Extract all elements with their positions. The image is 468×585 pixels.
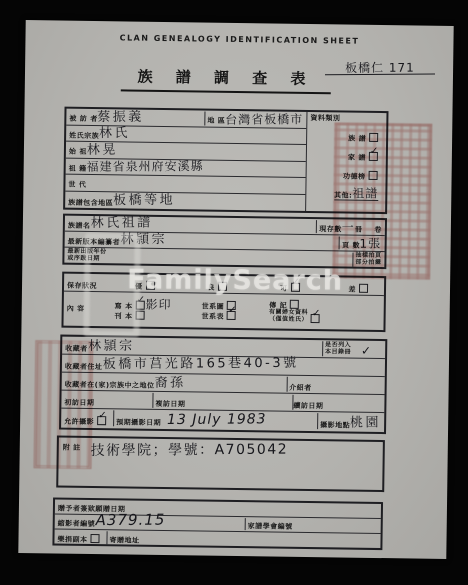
filming-permitted-label: 允許攝影 [64,418,94,426]
condition-fair: 可 ✓ [280,283,301,293]
category-clan-genealogy: 族 譜 [348,133,379,143]
content-women-data: 有關婦女資料 （僅值姓氏） ✓ [269,310,321,325]
pages-label: 頁 數 [342,241,360,249]
first-visit-label: 初訪日期 [64,399,94,407]
checkbox-donated-copy [90,534,99,543]
filming-place-value: 桃園 [350,416,381,429]
content-option-label: 寫 本 [115,302,133,310]
section-filming-admin: 贈予者簽欵願贈日期 縮影者編號 A379.15 家譜學會編號 樂捐副本 寄贈地址 [52,497,383,550]
checkbox-clan-genealogy [369,133,378,142]
filming-permitted: 允許攝影 ✓ [64,416,107,427]
category-other: 其他: 祖譜 [334,187,379,201]
checkbox-lineage-table: ✓ [227,311,236,320]
form-reference-number: 板橋仁 171 [325,61,435,75]
category-other-label: 其他: [334,191,352,199]
condition-option-label: 可 [280,285,288,293]
cell-divider [316,220,317,233]
content-lineage-table: 世系表 ✓ [201,311,237,321]
form-chinese-title: 族 譜 調 查 表 [121,65,331,94]
condition-label: 保存狀況 [67,282,97,290]
region-value: 板橋等地 [113,194,175,207]
extant-count-label: 現存數 [319,225,342,233]
origin-value: 福建省泉州府安溪縣 [86,160,203,173]
category-option-label: 家 譜 [348,154,366,162]
section-interviewee-info: 被 訪 者 蔡振義 地 區 台灣省板橋市 姓氏宗族 林氏 始 祖 林晃 [63,107,388,215]
partial-filming-label: 部分拍攝 [355,260,381,267]
condition-good: 良 [207,282,228,292]
cell-divider [352,253,353,267]
category-option-label: 族 譜 [348,135,366,143]
listed-checkmark: ✓ [361,345,372,357]
area-value: 台灣省板橋市 [225,113,303,126]
content-label: 內 容 [67,305,85,313]
checkmark: ✓ [312,308,321,319]
preface-date-label: 或序跋日期 [67,256,106,263]
row-donated-copy: 樂捐副本 寄贈地址 [54,529,380,549]
generations-label: 世 代 [68,181,86,189]
cell-divider [245,518,246,530]
cell-divider [106,531,107,544]
listed-sublabel: 本目錄冊 [325,349,351,356]
checkbox-family-genealogy: ✓ [369,152,378,161]
checkbox-fair: ✓ [290,283,299,292]
section-condition-content: 保存狀況 優 良 可 ✓ 差 內 容 [61,272,386,333]
area-label: 地 區 [207,117,225,125]
cell-divider [339,236,340,249]
row-publication-year: 最新出版年份 或序跋日期 抽樣拍頁 部分拍攝 [64,248,384,268]
donated-copy-label: 樂捐副本 [57,535,87,543]
condition-option-label: 優 [135,283,143,291]
checkbox-merit-board [369,171,378,180]
mailing-address-label: 寄贈地址 [109,536,139,544]
surname-label: 姓氏宗族 [69,132,99,140]
cell-divider [113,410,114,426]
section-holder-filming: 收藏者 林頴宗 是否列入 本目錄冊 ✓ 收藏者住址 板橋市莒光路165巷40-3… [59,335,387,435]
cell-divider [322,341,323,356]
row-content: 內 容 寫 本 ✓ 影印 刊 本 世系圖 [63,292,383,330]
film-number-value: A379.15 [95,513,165,528]
cell-divider [286,377,287,392]
checkbox-poor [359,284,368,293]
checkbox-filming-permitted: ✓ [97,416,106,425]
compiler-value: 林頴宗 [120,233,167,246]
section-remarks: 附 註 技術學院；學號：A705042 [56,436,385,493]
filming-place-label: 攝影地點 [320,421,350,429]
founder-value: 林晃 [87,143,118,156]
introducer-label: 介紹者 [289,384,312,392]
checkmark: ✓ [370,146,379,157]
interviewee-label: 被 訪 者 [69,115,97,123]
checkbox-printed [135,311,144,320]
holder-address-label: 收藏者住址 [65,363,103,372]
remarks-label: 附 註 [63,444,81,452]
genealogy-survey-form-paper: CLAN GENEALOGY IDENTIFICATION SHEET 族 譜 … [18,20,453,559]
interviewee-value: 蔡振義 [98,110,145,123]
holder-value: 林頴宗 [88,340,135,353]
genealogy-name-value: 林氏祖譜 [90,217,152,230]
scan-photo-background: CLAN GENEALOGY IDENTIFICATION SHEET 族 譜 … [0,0,468,585]
founder-label: 始 祖 [69,148,87,156]
checkbox-biography [290,300,299,309]
cell-divider [204,112,205,126]
expected-filming-date-value: 13 July 1983 [167,412,267,427]
clan-position-label: 收藏者在(家)宗族中之地位 [65,381,155,390]
origin-label: 祖 籍 [69,165,87,173]
genealogy-name-label: 族譜名 [68,222,91,230]
category-family-genealogy: 家 譜 ✓ [348,152,379,162]
condition-option-label: 差 [348,286,356,294]
checkbox-manuscript: ✓ [136,301,145,310]
checkmark: ✓ [98,410,107,421]
women-data-sublabel: （僅值姓氏） [269,316,308,323]
material-category-cell: 資料類別 族 譜 家 譜 ✓ 功德榜 [305,112,386,212]
cell-divider [317,413,318,429]
form-english-title: CLAN GENEALOGY IDENTIFICATION SHEET [25,32,453,47]
content-option-label: 刊 本 [114,312,132,320]
category-label: 資料類別 [310,114,383,123]
surname-value: 林氏 [99,127,130,140]
compiler-label: 最新版本編纂者 [68,238,121,247]
content-option-label: 世系表 [201,312,224,320]
clan-position-value: 裔孫 [154,377,185,390]
follow-up-visit-label: 續訪日期 [293,402,381,411]
category-merit-board: 功德榜 [343,171,379,181]
row-filming: 允許攝影 ✓ 預期攝影日期 13 July 1983 攝影地點 桃園 [61,409,384,432]
society-number-label: 家譜學會編號 [248,522,378,532]
holder-address-value: 板橋市莒光路165巷40-3號 [102,357,298,371]
section-genealogy-volume: 族譜名 林氏祖譜 現存數 一 冊 卷 最新版本編纂者 林頴宗 頁 數 1張 最新… [62,214,387,270]
checkmark: ✓ [137,295,146,306]
unit-scroll-label: 卷 [374,226,382,234]
checkmark: ✓ [228,305,237,316]
checkbox-good [218,282,227,291]
content-printed: 刊 本 [114,310,171,321]
checkbox-women-data: ✓ [311,314,320,323]
film-number-label: 縮影者編號 [58,519,96,528]
checkmark: ✓ [292,277,301,288]
pages-value: 1張 [360,238,382,250]
category-option-label: 功德榜 [343,173,366,181]
manuscript-note-value: 影印 [145,299,171,311]
content-manuscript: 寫 本 ✓ 影印 [115,298,172,311]
second-visit-label: 複訪日期 [155,400,185,408]
region-label: 族譜包含地區 [68,199,113,208]
remarks-value: 技術學院；學號：A705042 [90,443,288,458]
extant-count-value: 一 [342,221,355,233]
checkbox-excellent [145,281,154,290]
donated-copy: 樂捐副本 [57,534,100,545]
holder-label: 收藏者 [65,345,88,353]
unit-volume-label: 冊 [355,226,363,234]
category-other-value: 祖譜 [352,188,378,200]
condition-excellent: 優 [135,281,156,291]
expected-filming-date-label: 預期攝影日期 [116,418,161,427]
condition-option-label: 良 [207,284,215,292]
cell-divider [152,393,153,408]
row-covered-region: 族譜包含地區 板橋等地 [65,191,305,211]
condition-poor: 差 [348,284,369,294]
